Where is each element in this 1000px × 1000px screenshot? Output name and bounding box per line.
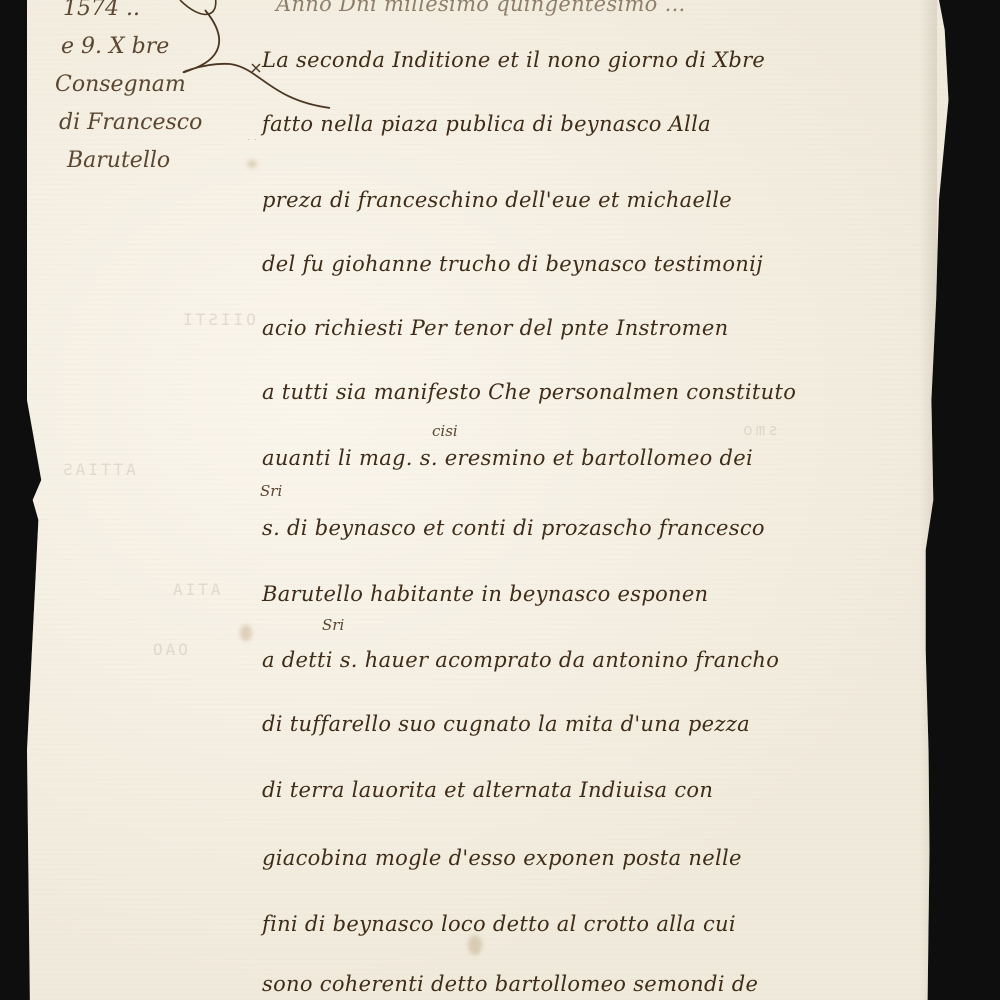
text-line: Barutello habitante in beynasco esponen <box>262 582 708 606</box>
bleed-through-text: OIISTI <box>180 310 256 329</box>
text-line: preza di franceschino dell'eue et michae… <box>262 188 732 212</box>
text-line: La seconda Inditione et il nono giorno d… <box>262 48 765 72</box>
text-line: fini di beynasco loco detto al crotto al… <box>262 912 736 936</box>
bleed-through-text: OAO <box>150 640 188 659</box>
ink-stain <box>240 625 252 641</box>
interlinear-insertion: cisi <box>432 422 458 440</box>
text-line: s. di beynasco et conti di prozascho fra… <box>262 516 765 540</box>
bleed-through-text: smo <box>740 420 778 439</box>
interlinear-insertion: Sri <box>260 482 282 500</box>
text-line: sono coherenti detto bartollomeo semondi… <box>262 972 758 996</box>
text-line: a detti s. hauer acomprato da antonino f… <box>262 648 779 672</box>
text-line: giacobina mogle d'esso exponen posta nel… <box>262 846 742 870</box>
ink-stain <box>468 935 482 955</box>
bleed-through-text: ATIA <box>170 580 221 599</box>
text-line: di tuffarello suo cugnato la mita d'una … <box>262 712 750 736</box>
text-line: fatto nella piaza publica di beynasco Al… <box>262 112 711 136</box>
ink-stain <box>247 160 257 168</box>
text-line: a tutti sia manifesto Che personalmen co… <box>262 380 796 404</box>
text-line: auanti li mag. s. eresmino et bartollome… <box>262 446 753 470</box>
text-line: di terra lauorita et alternata Indiuisa … <box>262 778 713 802</box>
text-line: Anno Dni millesimo quingentesimo ... <box>276 0 686 16</box>
bleed-through-text: ATTIAS <box>60 460 136 479</box>
text-line: acio richiesti Per tenor del pnte Instro… <box>262 316 728 340</box>
text-line: del fu giohanne trucho di beynasco testi… <box>262 252 763 276</box>
interlinear-insertion: Sri <box>322 616 344 634</box>
margin-line: Barutello <box>67 142 245 180</box>
